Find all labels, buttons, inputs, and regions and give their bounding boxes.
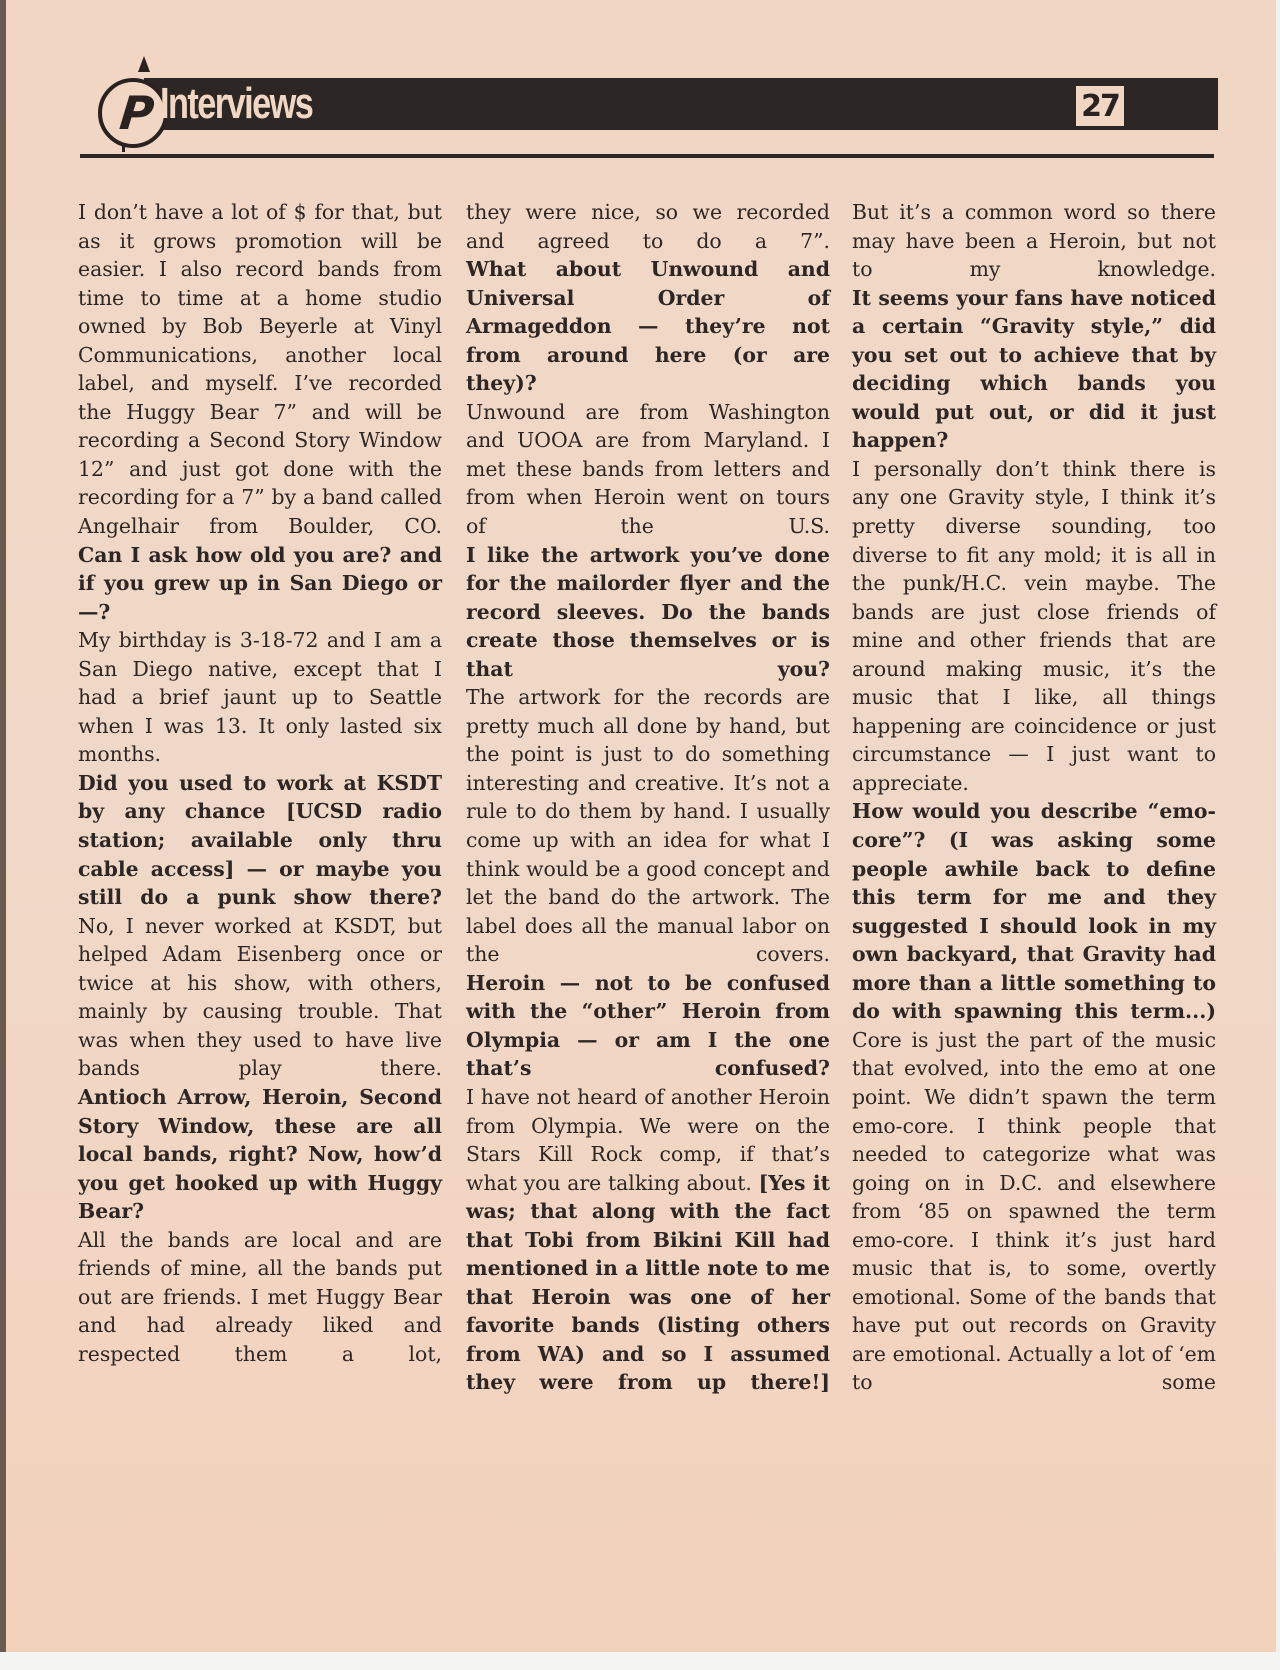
answer-paragraph: I don’t have a lot of $ for that, but as…: [78, 198, 442, 541]
header-rule: [80, 154, 1214, 158]
editor-aside: [Yes it was; that along with the fact th…: [466, 1171, 830, 1395]
logo-arrow-icon: [138, 56, 150, 72]
question-paragraph: It seems your fans have noticed a certai…: [852, 284, 1216, 455]
question-paragraph: What about Unwound and Universal Order o…: [466, 255, 830, 398]
page-number: 27: [1076, 86, 1124, 126]
question-paragraph: Heroin — not to be confused with the “ot…: [466, 969, 830, 1083]
question-paragraph: Can I ask how old you are? and if you gr…: [78, 541, 442, 627]
answer-paragraph: I personally don’t think there is any on…: [852, 455, 1216, 798]
answer-with-aside: I have not heard of another Heroin from …: [466, 1083, 830, 1397]
question-paragraph: How would you describe “emo-core”? (I wa…: [852, 797, 1216, 1025]
answer-paragraph: The artwork for the records are pretty m…: [466, 683, 830, 968]
answer-paragraph: No, I never worked at KSDT, but helped A…: [78, 912, 442, 1083]
magazine-page: P Interviews 27 I don’t have a lot of $ …: [0, 0, 1276, 1652]
question-paragraph: I like the artwork you’ve done for the m…: [466, 541, 830, 684]
article-body: I don’t have a lot of $ for that, but as…: [78, 198, 1218, 1558]
question-paragraph: Antioch Arrow, Heroin, Second Story Wind…: [78, 1083, 442, 1226]
logo-letter: P: [118, 90, 149, 136]
logo-tick-icon: [122, 144, 125, 152]
scan-margin: [0, 1652, 1280, 1670]
answer-paragraph: Unwound are from Washington and UOOA are…: [466, 398, 830, 541]
column-1: I don’t have a lot of $ for that, but as…: [78, 198, 442, 1368]
column-3: But it’s a common word so there may have…: [852, 198, 1216, 1397]
question-paragraph: Did you used to work at KSDT by any chan…: [78, 769, 442, 912]
publication-logo-icon: P: [98, 78, 168, 148]
section-title: Interviews: [160, 76, 312, 132]
answer-paragraph: But it’s a common word so there may have…: [852, 198, 1216, 284]
page-header: P Interviews 27: [94, 48, 1218, 158]
column-2: they were nice, so we recorded and agree…: [466, 198, 830, 1397]
answer-paragraph: they were nice, so we recorded and agree…: [466, 198, 830, 255]
answer-paragraph: Core is just the part of the music that …: [852, 1026, 1216, 1397]
answer-paragraph: My birthday is 3-18-72 and I am a San Di…: [78, 626, 442, 769]
answer-paragraph: All the bands are local and are friends …: [78, 1226, 442, 1369]
